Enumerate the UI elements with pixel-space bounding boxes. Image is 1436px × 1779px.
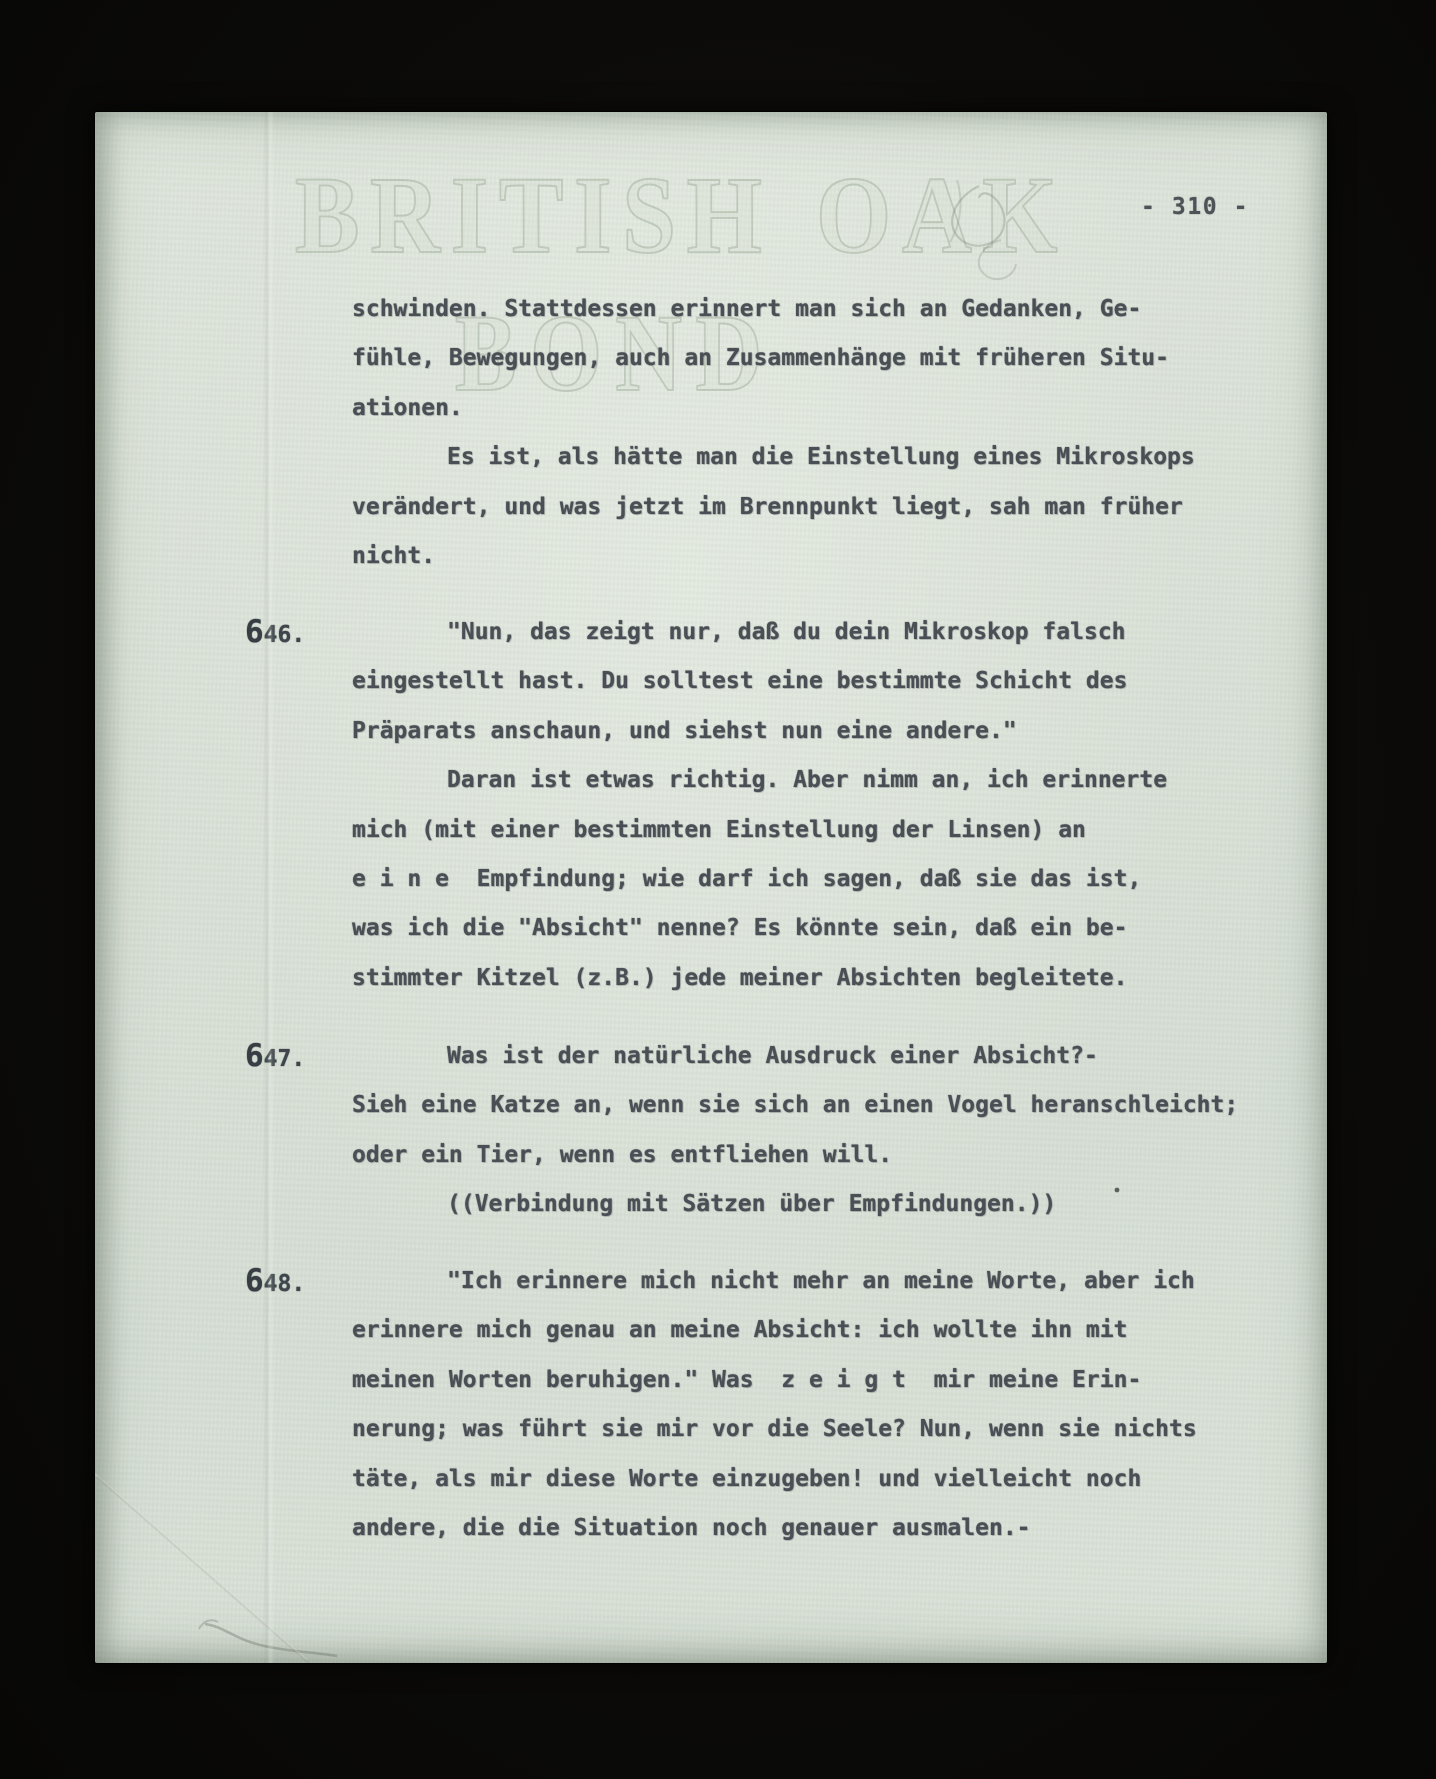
paper-crease (95, 1474, 307, 1660)
section-number: 648. (245, 1267, 305, 1298)
text-line: oder ein Tier, wenn es entfliehen will. (352, 1141, 892, 1169)
section-number: 646. (245, 618, 305, 649)
text-line: ((Verbindung mit Sätzen über Empfindunge… (447, 1190, 1056, 1218)
text-line: stimmter Kitzel (z.B.) jede meiner Absic… (352, 964, 1127, 992)
paper-crease-shadow (97, 1477, 309, 1663)
text-line: "Nun, das zeigt nur, daß du dein Mikrosk… (447, 618, 1126, 646)
page-number: - 310 - (1141, 194, 1249, 220)
text-line: Was ist der natürliche Ausdruck einer Ab… (447, 1042, 1098, 1070)
pencil-scribble-top (950, 180, 1016, 279)
text-line: Daran ist etwas richtig. Aber nimm an, i… (447, 766, 1167, 794)
pencil-scribble-bottom (199, 1620, 337, 1656)
section-number: 647. (245, 1042, 305, 1073)
ink-speck (1115, 1188, 1120, 1193)
text-line: ationen. (352, 394, 463, 422)
text-line: Es ist, als hätte man die Einstellung ei… (447, 443, 1195, 471)
scan-background: BRITISH OAK BOND - 310 - schwinden. Stat… (0, 0, 1436, 1779)
text-line: was ich die "Absicht" nenne? Es könnte s… (352, 914, 1127, 942)
text-line: meinen Worten beruhigen." Was z e i g t … (352, 1366, 1141, 1394)
text-line: "Ich erinnere mich nicht mehr an meine W… (447, 1267, 1195, 1295)
text-line: nicht. (352, 542, 435, 570)
text-line: mich (mit einer bestimmten Einstellung d… (352, 816, 1086, 844)
text-line: nerung; was führt sie mir vor die Seele?… (352, 1415, 1197, 1443)
text-line: e i n e Empfindung; wie darf ich sagen, … (352, 865, 1141, 893)
text-line: schwinden. Stattdessen erinnert man sich… (352, 295, 1141, 323)
document-page: BRITISH OAK BOND - 310 - schwinden. Stat… (95, 112, 1327, 1663)
text-line: erinnere mich genau an meine Absicht: ic… (352, 1316, 1127, 1344)
text-line: fühle, Bewegungen, auch an Zusammenhänge… (352, 344, 1169, 372)
text-line: Sieh eine Katze an, wenn sie sich an ein… (352, 1091, 1238, 1119)
text-line: verändert, und was jetzt im Brennpunkt l… (352, 493, 1183, 521)
text-line: Präparats anschaun, und siehst nun eine … (352, 717, 1017, 745)
text-line: täte, als mir diese Worte einzugeben! un… (352, 1465, 1141, 1493)
text-line: eingestellt hast. Du solltest eine besti… (352, 667, 1127, 695)
text-line: andere, die die Situation noch genauer a… (352, 1514, 1031, 1542)
watermark-british-oak: BRITISH OAK (295, 160, 1068, 270)
